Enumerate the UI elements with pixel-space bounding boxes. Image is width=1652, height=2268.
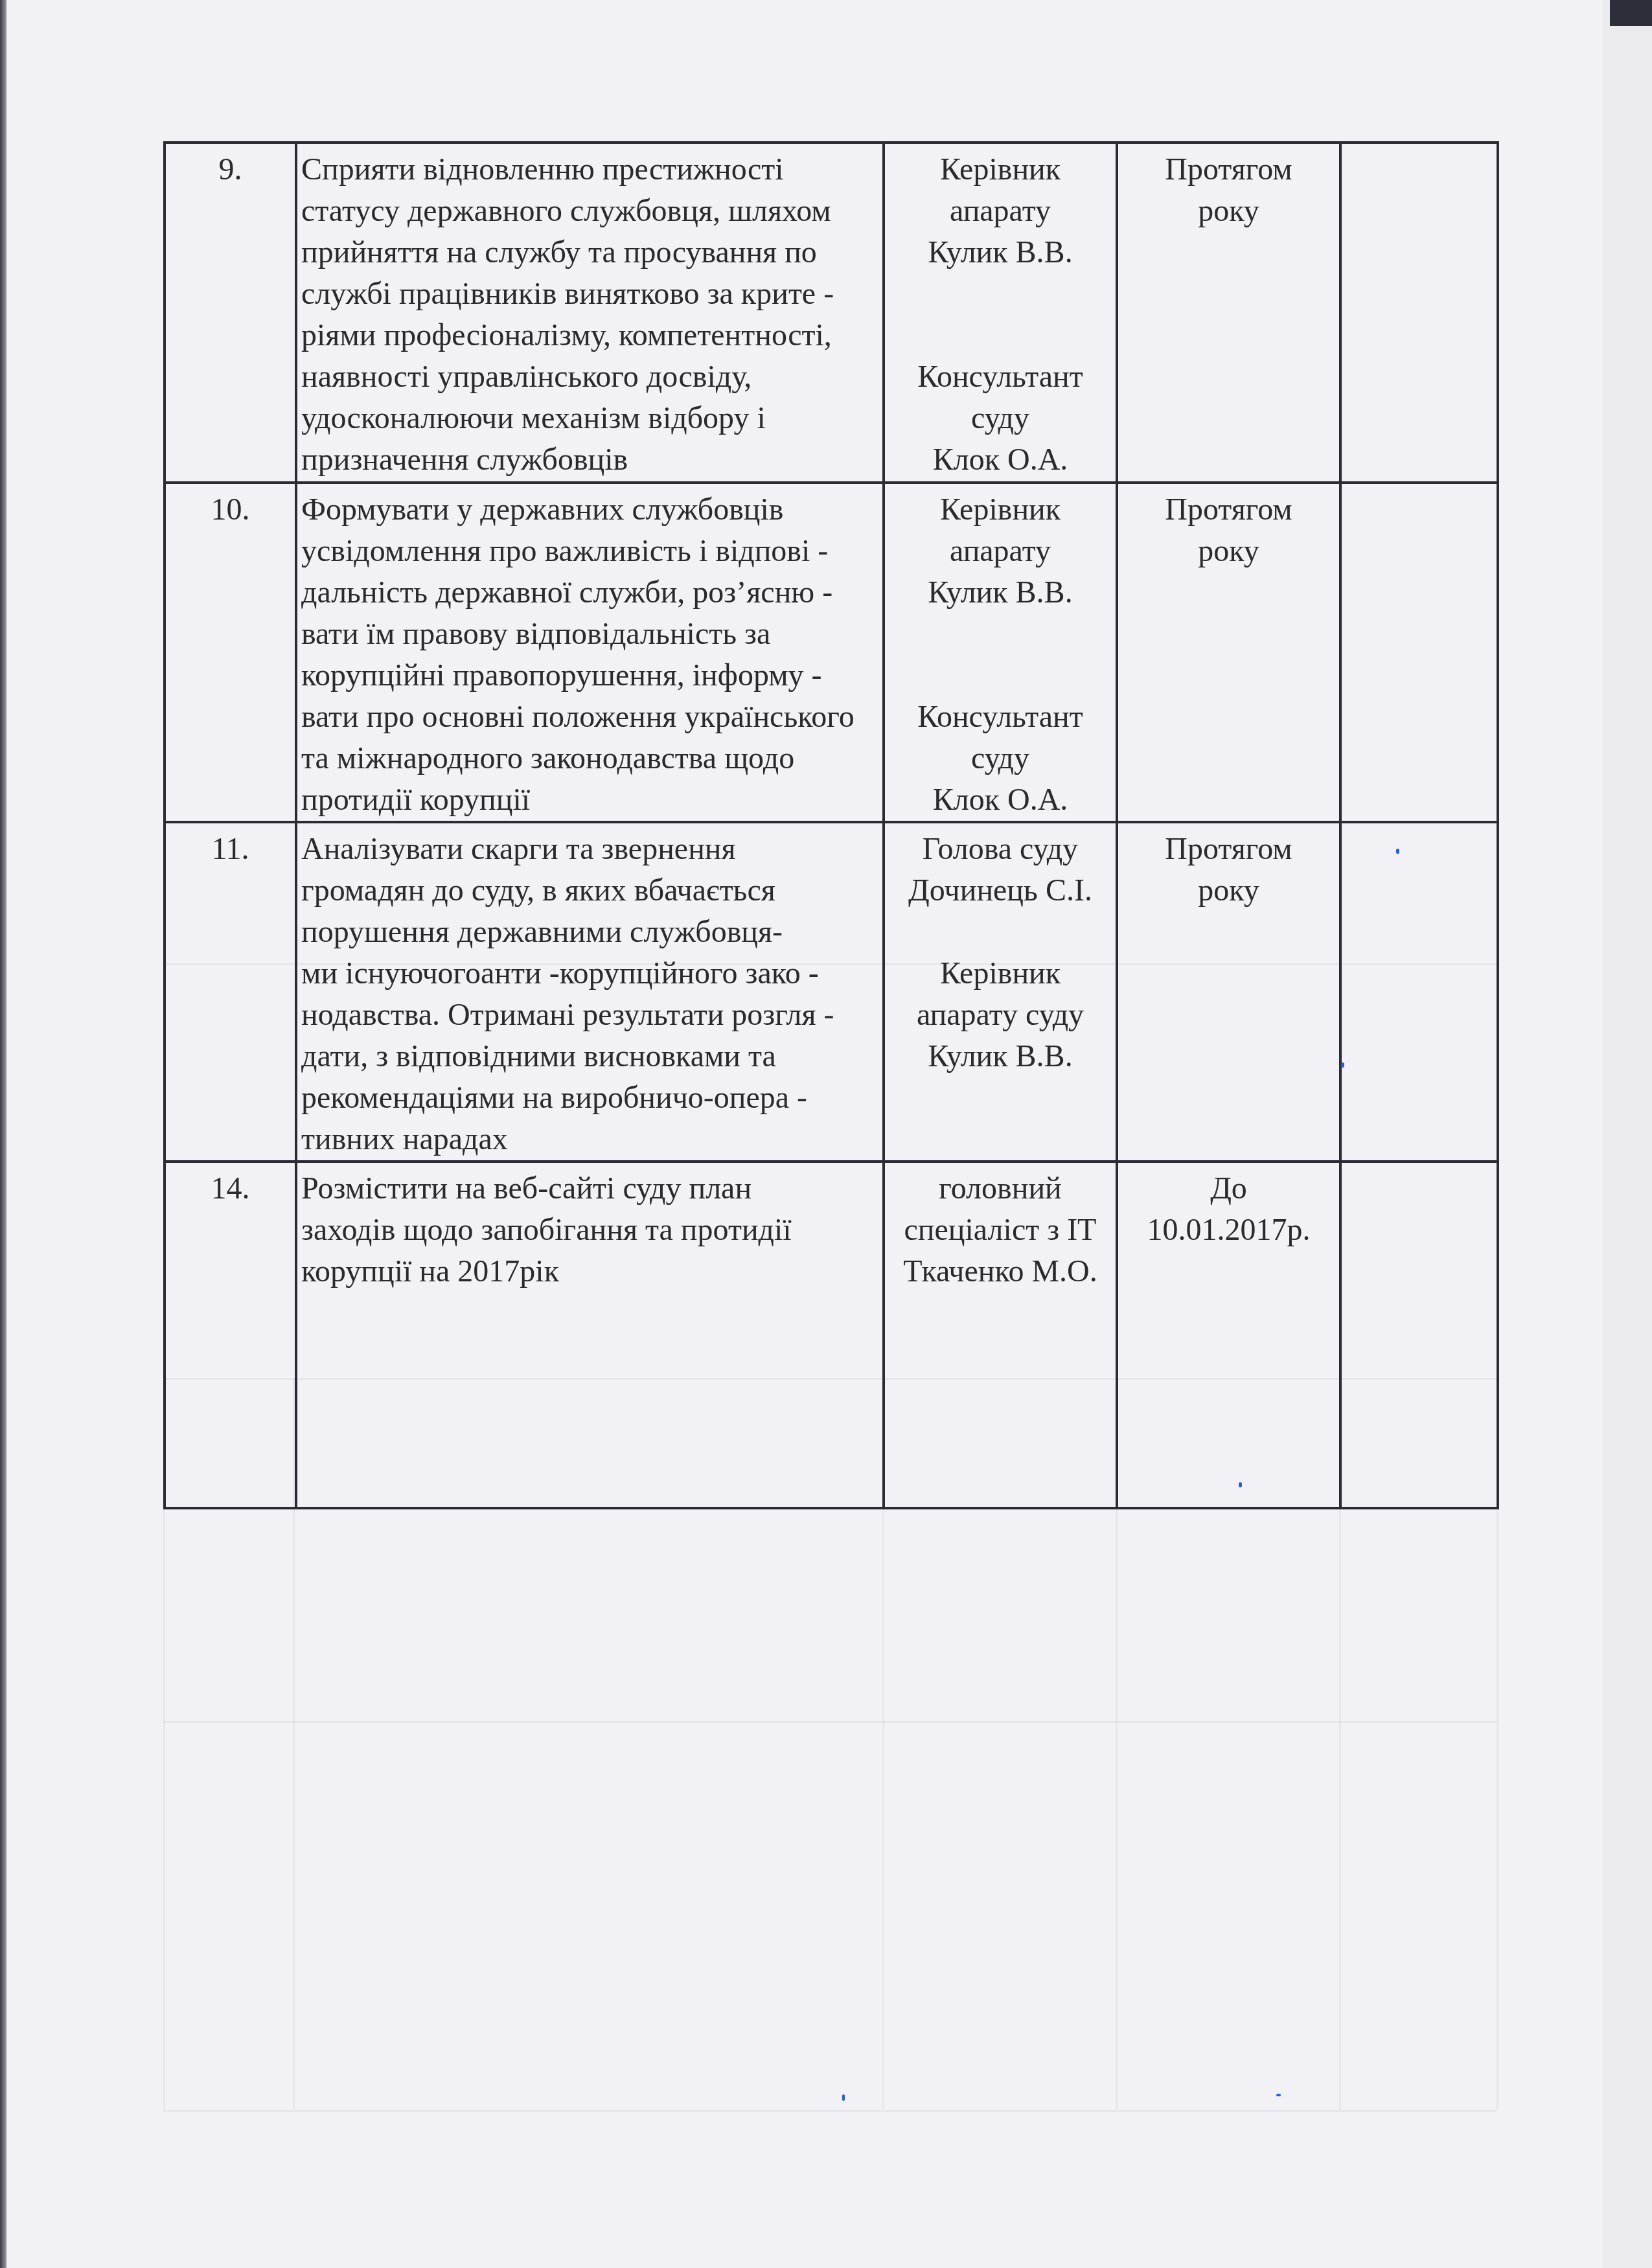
measure-line: вати про основні положення українського [301,696,876,738]
term-line: 10.01.2017р. [1118,1209,1339,1251]
ink-speck [1341,1062,1344,1068]
measure-line: корупційні правопорушення, інформу - [301,655,876,696]
measure-line: нодавства. Отримані результати розгля - [301,994,876,1036]
responsible-line: Консультант [885,356,1116,398]
measure-line: Формувати у державних службовців [301,489,876,531]
measure-cell: Сприяти відновленню престижності статусу… [296,143,884,483]
responsible-cell: головний спеціаліст з ІТ Ткаченко М.О. [884,1162,1117,1508]
responsible-line: Консультант [885,696,1116,738]
responsible-line: Дочинець С.І. [885,870,1116,911]
responsible-line: апарату [885,531,1116,572]
term-line: року [1118,531,1339,572]
responsible-line: суду [885,738,1116,779]
measure-line: службі працівників винятково за крите - [301,273,876,315]
responsible-line: Клок О.А. [885,779,1116,821]
measure-line: дальність державної служби, роз’ясню - [301,572,876,613]
row-number: 14. [165,1162,296,1508]
measure-cell: Формувати у державних службовців усвідом… [296,483,884,822]
responsible-line: Керівник [885,149,1116,190]
measure-line: тивних нарадах [301,1119,876,1160]
note-cell [1340,1162,1498,1508]
measure-line: призначення службовців [301,439,876,481]
term-cell: Протягом року [1117,483,1340,822]
row-number: 10. [165,483,296,822]
responsible-line: Кулик В.В. [885,1036,1116,1077]
responsible-line: апарату [885,190,1116,232]
measure-line: вати їм правову відповідальність за [301,613,876,655]
table-row: 14. Розмістити на веб-сайті суду план за… [165,1162,1498,1508]
responsible-cell: Керівник апарату Кулик В.В. Консультант … [884,143,1117,483]
row-number: 9. [165,143,296,483]
row-number: 11. [165,822,296,1162]
spacer [885,273,1116,356]
measure-cell: Розмістити на веб-сайті суду план заході… [296,1162,884,1508]
responsible-line: Кулик В.В. [885,572,1116,613]
note-cell [1340,822,1498,1162]
measure-cell: Аналізувати скарги та звернення громадян… [296,822,884,1162]
measure-line: громадян до суду, в яких вбачається [301,870,876,911]
scanner-edge-left [0,0,6,2268]
measure-line: корупції на 2017рік [301,1251,876,1292]
measure-line: наявності управлінського досвіду, [301,356,876,398]
spacer [885,613,1116,696]
measure-line: протидії корупції [301,779,876,821]
measure-line: статусу державного службовця, шляхом [301,190,876,232]
measure-line: Сприяти відновленню престижності [301,149,876,190]
measure-line: Розмістити на веб-сайті суду план [301,1168,876,1209]
term-line: року [1118,870,1339,911]
responsible-line: апарату суду [885,994,1116,1036]
measure-line: рекомендаціями на виробничо-опера - [301,1077,876,1119]
responsible-cell: Керівник апарату Кулик В.В. Консультант … [884,483,1117,822]
ink-speck [842,2094,845,2101]
term-line: року [1118,190,1339,232]
responsible-line: Клок О.А. [885,439,1116,481]
anti-corruption-plan-table: 9. Сприяти відновленню престижності стат… [163,141,1499,1509]
term-cell: До 10.01.2017р. [1117,1162,1340,1508]
measure-line: та міжнародного законодавства щодо [301,738,876,779]
measure-line: заходів щодо запобігання та протидії [301,1209,876,1251]
measure-line: ріями професіоналізму, компетентності, [301,315,876,356]
ink-speck [1276,2094,1281,2096]
table-row: 11. Аналізувати скарги та звернення гром… [165,822,1498,1162]
scanner-corner [1610,0,1652,26]
responsible-line: Керівник [885,953,1116,994]
table-row: 10. Формувати у державних службовців усв… [165,483,1498,822]
responsible-line: Кулик В.В. [885,232,1116,273]
measure-line: Аналізувати скарги та звернення [301,829,876,870]
term-line: Протягом [1118,149,1339,190]
responsible-line: Голова суду [885,829,1116,870]
responsible-line: спеціаліст з ІТ [885,1209,1116,1251]
responsible-line: суду [885,398,1116,439]
term-line: Протягом [1118,829,1339,870]
measure-line: порушення державними службовця- [301,911,876,953]
spacer [885,911,1116,953]
responsible-line: Керівник [885,489,1116,531]
responsible-line: Ткаченко М.О. [885,1251,1116,1292]
term-line: Протягом [1118,489,1339,531]
term-cell: Протягом року [1117,822,1340,1162]
note-cell [1340,143,1498,483]
responsible-cell: Голова суду Дочинець С.І. Керівник апара… [884,822,1117,1162]
ink-speck [1239,1482,1242,1487]
scanner-edge-right [1603,0,1652,2268]
measure-line: удосконалюючи механізм відбору і [301,398,876,439]
measure-line: прийняття на службу та просування по [301,232,876,273]
responsible-line: головний [885,1168,1116,1209]
note-cell [1340,483,1498,822]
table-row: 9. Сприяти відновленню престижності стат… [165,143,1498,483]
measure-line: дати, з відповідними висновками та [301,1036,876,1077]
term-cell: Протягом року [1117,143,1340,483]
measure-line: ми існуючогоанти -корупційного зако - [301,953,876,994]
ink-speck [1396,849,1399,854]
measure-line: усвідомлення про важливість і відпові - [301,531,876,572]
term-line: До [1118,1168,1339,1209]
